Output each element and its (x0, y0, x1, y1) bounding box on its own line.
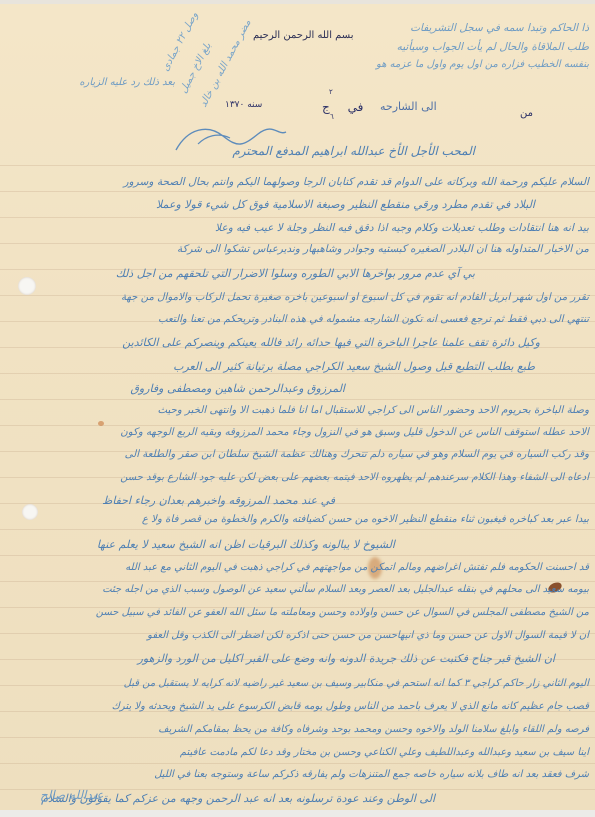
to-label: الى (421, 100, 437, 113)
body-line: اليوم الثاني زار حاكم كراجي ٣ كما انه اس… (124, 678, 589, 689)
signature: عبدالله صالح (40, 788, 104, 802)
from-label: من (520, 108, 533, 119)
letter-page: بسم الله الرحمن الرحيم سنه ١٣٧٠ في ج ٢ ٦… (0, 0, 595, 810)
body-line: شرف فعقد بعد انه طاف بلانه سياره خاصه جم… (154, 769, 589, 780)
postscript-line: بنفسه الخطيب فزاره من اول يوم واول ما عز… (376, 59, 589, 70)
body-line: بي آي عدم مرور بواخرها الابي الطوره وسلو… (116, 267, 475, 280)
body-line: تنتهي الى دبي فقط ثم ترجع فعسى انه تكون … (158, 314, 589, 325)
body-line: قصب جام عظيم كانه مانع الذي لا يعرف باحم… (112, 701, 589, 712)
body-line: اينا سيف بن سعيد وعبدالله وعبداللطيف وعل… (180, 747, 589, 758)
salutation: المحب الأجل الأخ عبدالله ابراهيم المدفع … (232, 144, 475, 158)
body-line: وكيل دائرة تقف علمنا عاجرا الباخرة التي … (122, 336, 540, 349)
punch-hole-upper (18, 277, 36, 295)
body-line: السلام عليكم ورحمة الله وبركاته على الدو… (123, 176, 589, 188)
body-line: البلاد في تقدم مطرد ورقي منقطع النظير وص… (156, 198, 535, 211)
punch-hole-lower (22, 504, 38, 520)
date-year-label: سنه (247, 100, 262, 110)
date-year-value: ١٣٧٠ (225, 100, 244, 110)
basmala-header: بسم الله الرحمن الرحيم (253, 30, 354, 41)
body-line: فرصه ولم اللقاء وابلغ سلامنا الولد والاخ… (158, 724, 589, 735)
body-line: طبع بطلب التطبع قبل وصول الشيخ سعيد الكر… (173, 360, 535, 373)
body-line: ان لا قيمة السوال الاول عن حسن وما ذي ان… (147, 630, 589, 641)
paper-top-edge (0, 0, 595, 4)
body-line: المرزوق وعبدالرحمن شاهين ومصطفى وفاروق (130, 382, 345, 395)
ink-stain-3 (98, 421, 104, 426)
date-fi: في (348, 100, 364, 114)
body-line: تقرر من اول شهر ابريل القادم انه تقوم في… (121, 292, 589, 303)
postscript-line: بعد ذلك رد عليه الزياره (79, 77, 175, 88)
postscript-line: ذا الحاكم وتبدا سمه في سجل التشريفات (410, 22, 589, 34)
body-line: بيد انه هنا انتقادات وطلب تعديلات وكلام … (215, 222, 589, 234)
body-line: وقد ركب السياره في يوم السلام وهو في سيا… (125, 449, 589, 460)
body-line: الشيوخ لا يبالونه وكذلك البرقيات اظن انه… (97, 538, 395, 551)
body-line: الاحد عطله استوقف الناس عن الدخول قليل و… (120, 427, 589, 438)
body-line: قد احسنت الحكومه فلم تفتش اغراضهم ومالم … (125, 562, 589, 573)
body-line: وصلة الباخرة بحريوم الاحد وحضور الناس ال… (157, 405, 589, 416)
body-line: من الشيخ مصطفى المجلس في السوال عن حسن و… (96, 607, 589, 618)
date-month: ج (322, 100, 330, 114)
margin-note: مضر محمد الله بن خالد (198, 18, 254, 109)
body-line: بيدا عبر بعد كباخره فيغبون ثناء منقطع ال… (142, 514, 589, 525)
body-line: من الاخبار المتداوله هنا ان البلادر الصغ… (177, 243, 589, 255)
recipient-line: الى الشارحه (380, 100, 437, 113)
paper-bottom-edge (0, 810, 595, 817)
postscript-line: طلب الملاقاة والحال لم يأت الجواب وسيأتي… (397, 41, 589, 53)
date-year: سنه ١٣٧٠ (225, 100, 262, 110)
date-sup: ٢ (329, 88, 333, 96)
to-name: الشارحه (380, 100, 418, 113)
date-sub: ٦ (330, 113, 334, 121)
body-line: ادعاه الى الشفاء وهذا الكلام سرعندهم لم … (120, 472, 589, 483)
date-day: في ج (322, 100, 363, 114)
body-line: ان الشيخ قبر جناح فكتبت عن ذلك جريدة الد… (138, 652, 555, 665)
body-line: بيومه سعيد الى محلهم في بنقله عبدالجليل … (102, 584, 589, 595)
body-line: في عند محمد المرزوقه واخبرهم بعدان رجاء … (102, 494, 335, 507)
